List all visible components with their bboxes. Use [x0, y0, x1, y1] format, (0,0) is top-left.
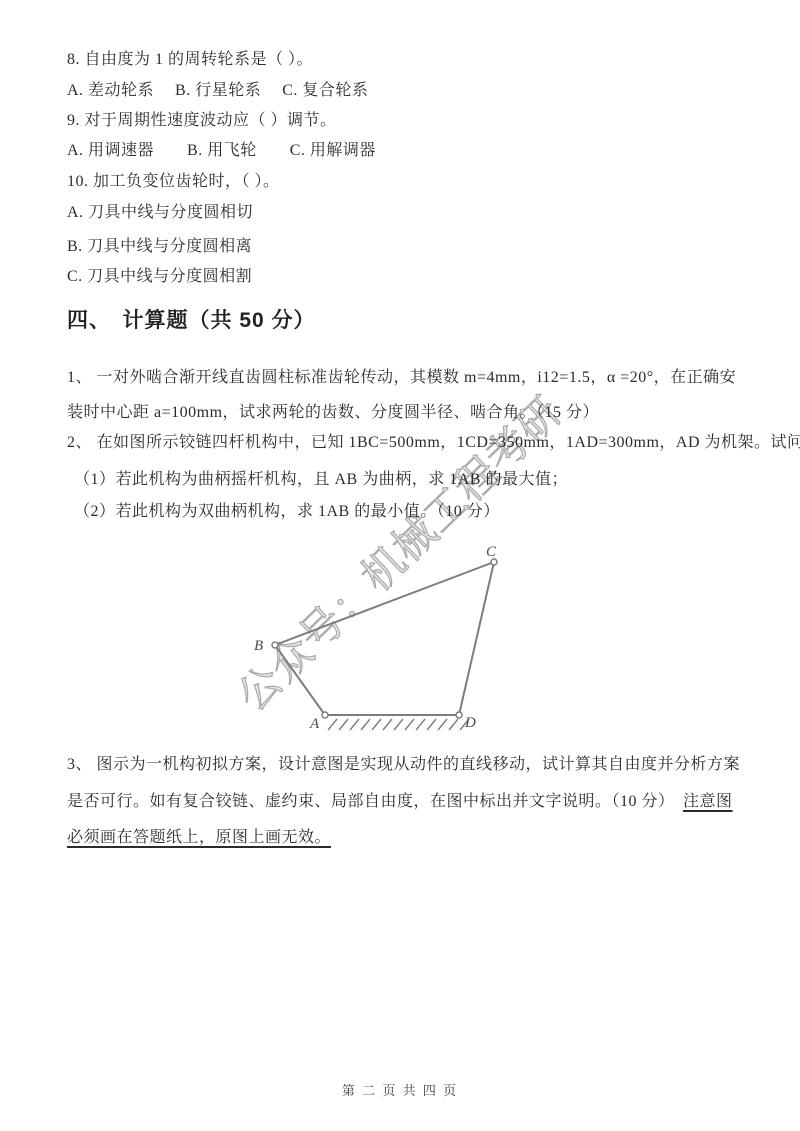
- q2-sub1: （1）若此机构为曲柄摇杆机构，且 AB 为曲柄，求 1AB 的最大值；: [74, 469, 568, 491]
- q3-line2-text: 是否可行。如有复合铰链、虚约束、局部自由度，在图中标出并文字说明。（10 分）: [67, 793, 683, 810]
- q1-line1: 1、 一对外啮合渐开线直齿圆柱标准齿轮传动，其模数 m=4mm，i12=1.5，…: [67, 367, 736, 389]
- link-AB: [275, 645, 325, 715]
- joint-A: [322, 712, 328, 718]
- q3-line1: 3、 图示为一机构初拟方案，设计意图是实现从动件的直线移动，试计算其自由度并分析…: [67, 754, 740, 776]
- joint-B: [272, 642, 278, 648]
- label-A: A: [309, 716, 320, 732]
- q3-line3-underlined: 必须画在答题纸上，原图上画无效。: [67, 827, 331, 849]
- ground-hatching-icon: [328, 719, 469, 730]
- link-BC: [275, 562, 494, 645]
- exam-page: 公众号：机械工程考研 8. 自由度为 1 的周转轮系是（ ）。 A. 差动轮系 …: [0, 0, 800, 1131]
- q1-line2: 装时中心距 a=100mm，试求两轮的齿数、分度圆半径、啮合角。（15 分）: [67, 402, 599, 424]
- joint-D: [456, 712, 462, 718]
- four-bar-linkage-figure: B C A D: [238, 538, 508, 743]
- q10-stem: 10. 加工负变位齿轮时，（ ）。: [67, 171, 280, 193]
- q2-line1: 2、 在如图所示铰链四杆机构中，已知 1BC=500mm，1CD=350mm，1…: [67, 432, 800, 454]
- q10-option-b: B. 刀具中线与分度圆相离: [67, 236, 252, 258]
- q9-stem: 9. 对于周期性速度波动应（ ）调节。: [67, 110, 337, 132]
- label-D: D: [464, 715, 476, 731]
- q8-stem: 8. 自由度为 1 的周转轮系是（ ）。: [67, 49, 313, 71]
- q3-line2: 是否可行。如有复合铰链、虚约束、局部自由度，在图中标出并文字说明。（10 分） …: [67, 791, 733, 813]
- label-C: C: [486, 544, 497, 560]
- q3-line2-underlined: 注意图: [683, 793, 733, 810]
- q10-option-a: A. 刀具中线与分度圆相切: [67, 202, 253, 224]
- page-footer: 第 二 页 共 四 页: [0, 1080, 800, 1099]
- q2-sub2: （2）若此机构为双曲柄机构，求 1AB 的最小值。（10 分）: [74, 501, 500, 523]
- q9-options: A. 用调速器 B. 用飞轮 C. 用解调器: [67, 140, 376, 162]
- q10-option-c: C. 刀具中线与分度圆相割: [67, 266, 252, 288]
- linkage-links: [275, 562, 494, 715]
- section-title: 四、 计算题（共 50 分）: [67, 308, 316, 334]
- q8-options: A. 差动轮系 B. 行星轮系 C. 复合轮系: [67, 80, 368, 102]
- label-B: B: [254, 638, 263, 654]
- link-CD: [459, 562, 494, 715]
